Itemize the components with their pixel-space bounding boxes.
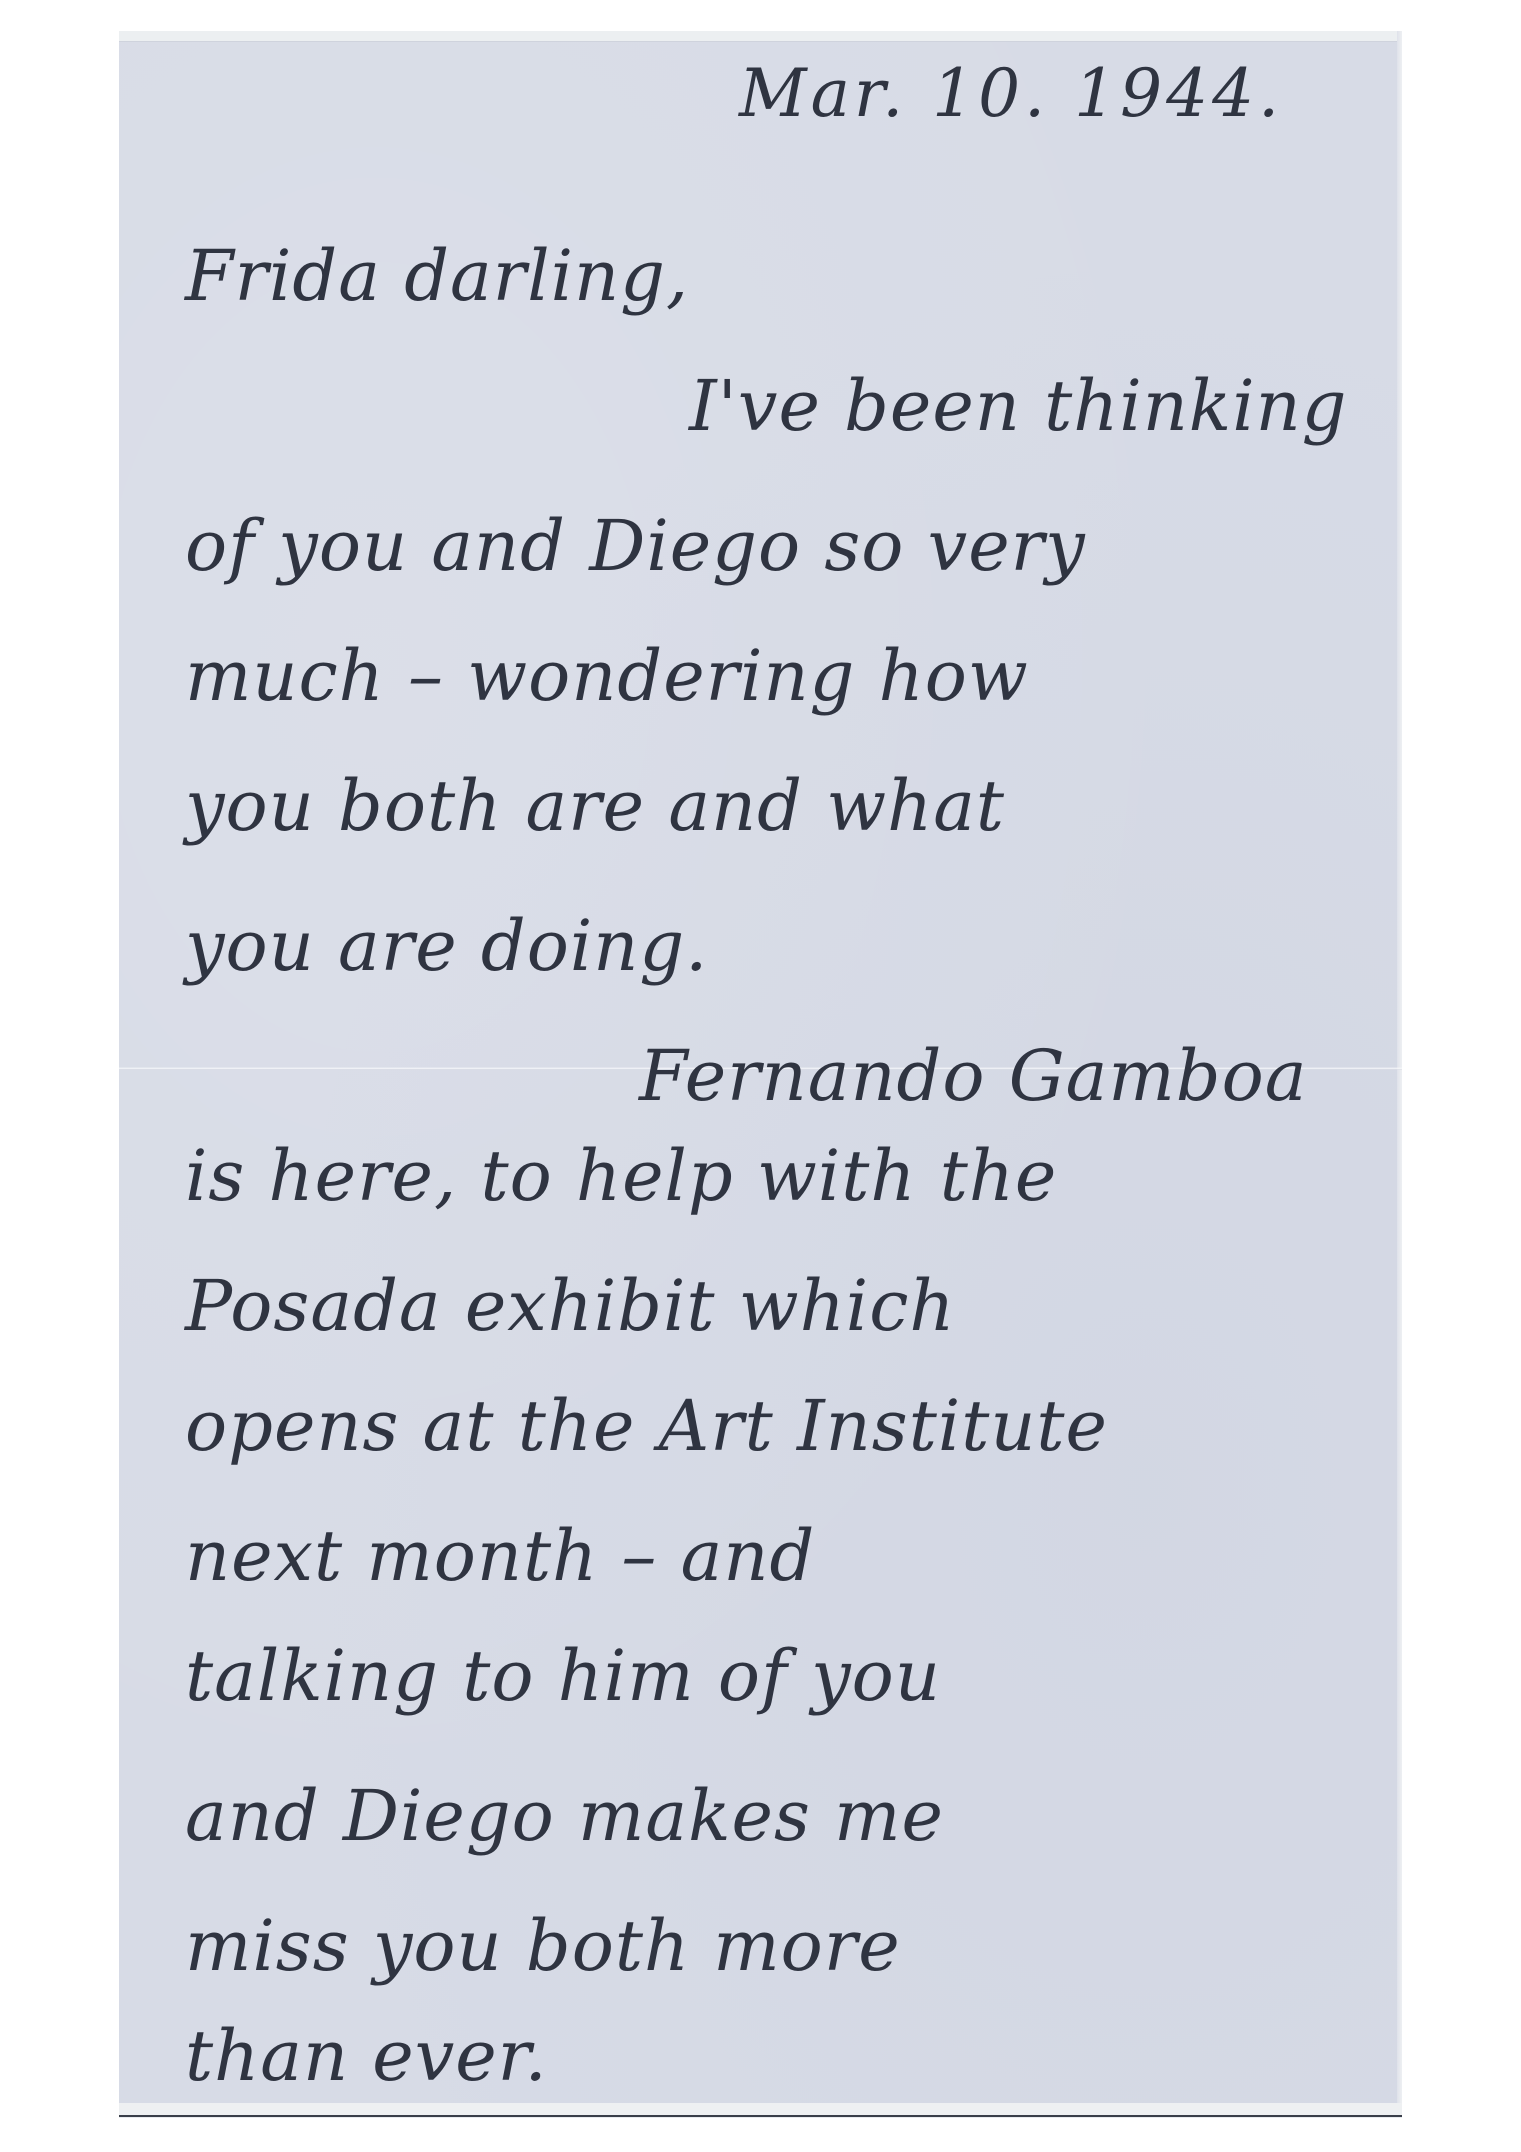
letter-line: miss you both more bbox=[185, 1911, 901, 1981]
letter-line: and Diego makes me bbox=[185, 1781, 944, 1851]
letter-line: much – wondering how bbox=[185, 641, 1029, 711]
letter-salutation: Frida darling, bbox=[185, 241, 689, 311]
letter-closing-line: than ever. bbox=[185, 2021, 548, 2091]
paper-bottom-edge bbox=[119, 2103, 1402, 2117]
letter-line: is here, to help with the bbox=[185, 1141, 1057, 1211]
letter-line: Fernando Gamboa bbox=[639, 1041, 1307, 1111]
paper-right-edge bbox=[1397, 31, 1402, 2117]
letter-line: opens at the Art Institute bbox=[185, 1391, 1108, 1461]
paper-top-edge bbox=[119, 31, 1402, 42]
letter-line: Posada exhibit which bbox=[185, 1271, 955, 1341]
letter-line: you both are and what bbox=[185, 771, 1005, 841]
letter-line: you are doing. bbox=[185, 911, 708, 981]
letter-line: next month – and bbox=[185, 1521, 815, 1591]
letter-page: Mar. 10. 1944. Frida darling, I've been … bbox=[119, 31, 1402, 2117]
letter-date: Mar. 10. 1944. bbox=[739, 61, 1283, 127]
letter-line: talking to him of you bbox=[185, 1641, 941, 1711]
letter-line: I've been thinking bbox=[689, 371, 1348, 441]
letter-line: of you and Diego so very bbox=[185, 511, 1086, 581]
